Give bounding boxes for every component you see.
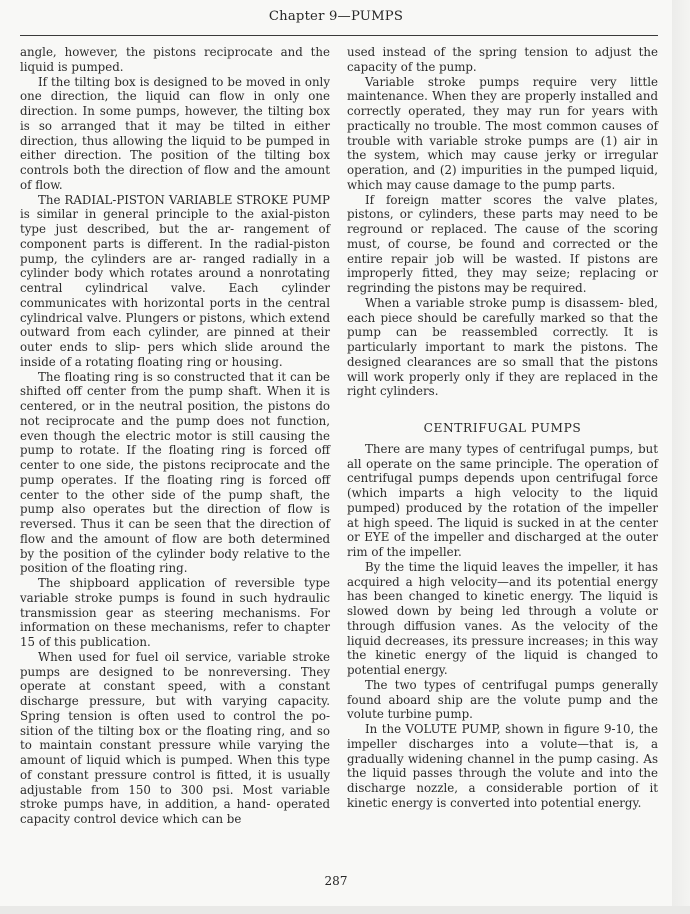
header-rule bbox=[20, 35, 658, 36]
paragraph: In the VOLUTE PUMP, shown in figure 9-10… bbox=[347, 722, 658, 811]
document-page: Chapter 9—PUMPS angle, however, the pist… bbox=[0, 0, 673, 906]
paragraph: The two types of centrifugal pumps gener… bbox=[347, 678, 658, 722]
page-bottom-edge bbox=[0, 906, 690, 914]
left-column: angle, however, the pistons reciprocate … bbox=[20, 45, 330, 827]
paragraph: When used for fuel oil service, variable… bbox=[20, 650, 330, 827]
paragraph: The floating ring is so constructed that… bbox=[20, 370, 330, 577]
paragraph: There are many types of centrifugal pump… bbox=[347, 442, 658, 560]
right-column: used instead of the spring tension to ad… bbox=[347, 45, 658, 811]
paragraph: The RADIAL-PISTON VARIABLE STROKE PUMP i… bbox=[20, 193, 330, 370]
paragraph: angle, however, the pistons reciprocate … bbox=[20, 45, 330, 75]
paragraph: The shipboard application of reversible … bbox=[20, 576, 330, 650]
paragraph: When a variable stroke pump is disassem-… bbox=[347, 296, 658, 399]
paragraph: If foreign matter scores the valve plate… bbox=[347, 193, 658, 296]
paragraph: By the time the liquid leaves the impell… bbox=[347, 560, 658, 678]
paragraph: used instead of the spring tension to ad… bbox=[347, 45, 658, 75]
page-edge-shadow bbox=[672, 0, 690, 914]
paragraph: Variable stroke pumps require very littl… bbox=[347, 75, 658, 193]
paragraph: If the tilting box is designed to be mov… bbox=[20, 75, 330, 193]
running-head: Chapter 9—PUMPS bbox=[0, 9, 672, 24]
page-number: 287 bbox=[0, 874, 672, 888]
section-heading: CENTRIFUGAL PUMPS bbox=[347, 421, 658, 436]
